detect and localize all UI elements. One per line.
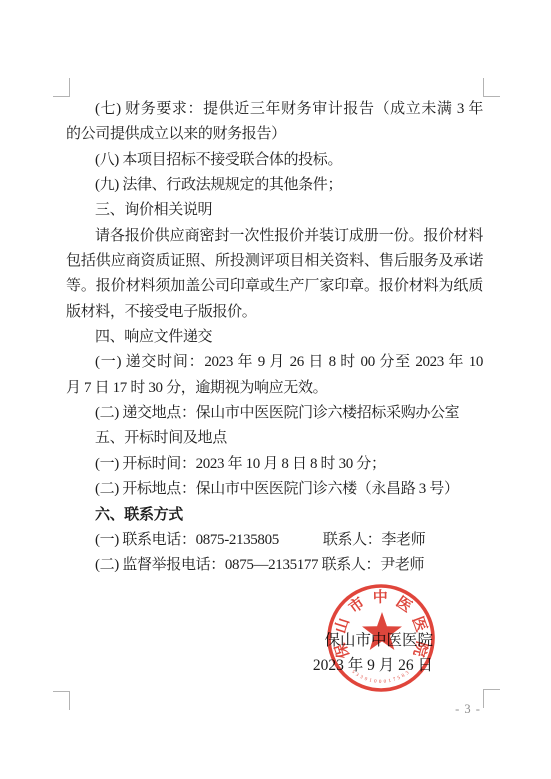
text-line: 包括供应商资质证照、所投测评项目相关资料、售后服务及承诺 bbox=[66, 249, 483, 274]
text-boundary-mark-top-right bbox=[483, 78, 500, 97]
text-line: (二) 开标地点：保山市中医医院门诊六楼（永昌路 3 号） bbox=[66, 477, 483, 502]
star-icon bbox=[362, 612, 402, 650]
text-line: 版材料，不接受电子版报价。 bbox=[66, 300, 483, 325]
official-seal-stamp: 保山市中医医院 5330100017583 bbox=[325, 582, 437, 694]
document-body: (七) 财务要求：提供近三年财务审计报告（成立未满 3 年 的公司提供成立以来的… bbox=[66, 97, 483, 579]
text-line: (八) 本项目招标不接受联合体的投标。 bbox=[66, 148, 483, 173]
text-line: (一) 开标时间：2023 年 10 月 8 日 8 时 30 分； bbox=[66, 452, 483, 477]
section-heading: 三、询价相关说明 bbox=[66, 198, 483, 223]
section-heading: 六、联系方式 bbox=[66, 503, 483, 528]
text-line: 的公司提供成立以来的财务报告） bbox=[66, 122, 483, 147]
seal-code: 5330100017583 bbox=[350, 670, 410, 685]
document-page: (七) 财务要求：提供近三年财务审计报告（成立未满 3 年 的公司提供成立以来的… bbox=[0, 0, 551, 779]
svg-text:5330100017583: 5330100017583 bbox=[350, 670, 410, 685]
text-boundary-mark-top-left bbox=[53, 78, 70, 97]
text-line: 月 7 日 17 时 30 分，逾期视为响应无效。 bbox=[66, 376, 483, 401]
section-heading: 五、开标时间及地点 bbox=[66, 426, 483, 451]
text-line: (九) 法律、行政法规规定的其他条件； bbox=[66, 173, 483, 198]
text-line: (七) 财务要求：提供近三年财务审计报告（成立未满 3 年 bbox=[66, 97, 483, 122]
text-line: 等。报价材料须加盖公司印章或生产厂家印章。报价材料为纸质 bbox=[66, 274, 483, 299]
text-line: 请各报价供应商密封一次性报价并装订成册一份。报价材料 bbox=[66, 224, 483, 249]
text-line: (二) 监督举报电话：0875—2135177 联系人：尹老师 bbox=[66, 553, 483, 578]
section-heading: 四、响应文件递交 bbox=[66, 325, 483, 350]
text-line: (一) 递交时间：2023 年 9 月 26 日 8 时 00 分至 2023 … bbox=[66, 350, 483, 375]
text-line: (二) 递交地点：保山市中医医院门诊六楼招标采购办公室 bbox=[66, 401, 483, 426]
text-boundary-mark-bottom-left bbox=[53, 691, 70, 710]
page-number: - 3 - bbox=[442, 702, 494, 717]
text-line: (一) 联系电话：0875-2135805 联系人：李老师 bbox=[66, 528, 483, 553]
